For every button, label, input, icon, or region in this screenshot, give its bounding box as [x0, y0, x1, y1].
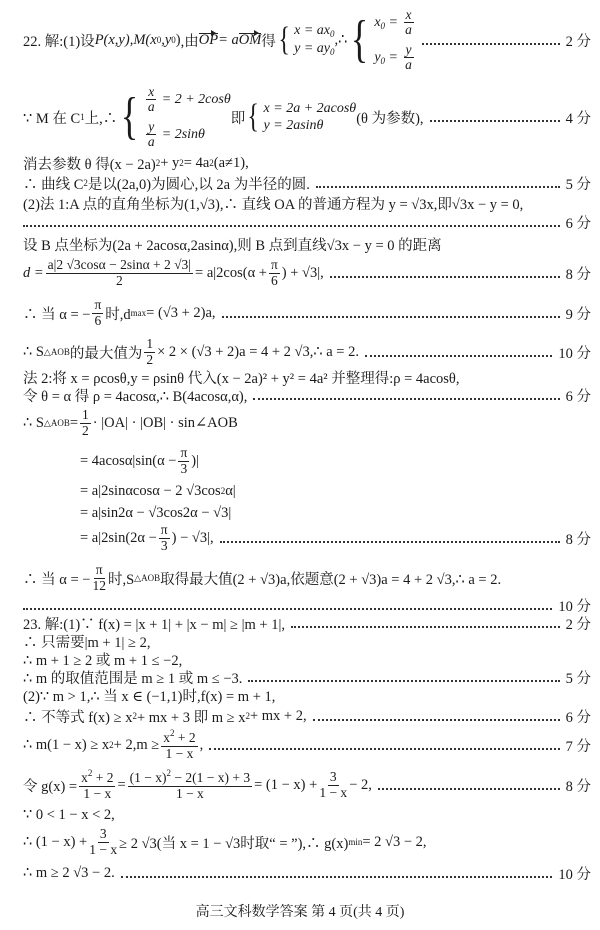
equation-system: {x = ax0y = ay0 [276, 22, 335, 59]
den: 2 [146, 353, 153, 367]
sub: min [348, 837, 362, 847]
q23-conclusion: ∴ m ≥ 2 √3 − 2. 10 分 [23, 863, 591, 883]
text: = [117, 777, 125, 794]
score: 4 分 [566, 107, 591, 128]
num: − 2(1 − x) + 3 [171, 770, 250, 785]
text: 的最大值为 [70, 342, 143, 363]
text: ) − √3|, [172, 530, 214, 547]
text: ∴ S [23, 344, 44, 361]
score: 10 分 [558, 342, 591, 363]
num: x [404, 8, 414, 23]
text: = a|2cos(α + [195, 265, 267, 282]
text: 令 θ = α 得 ρ = 4acosα,∴ B(4acosα,α), [23, 385, 247, 406]
num: + 2 [174, 730, 195, 745]
dotted-leader [248, 680, 559, 682]
den: 6 [94, 314, 101, 328]
text: = [385, 50, 401, 65]
num: π [269, 258, 280, 273]
text: = a [218, 32, 239, 49]
den: a [148, 100, 155, 114]
num: x [81, 770, 88, 785]
text: = 4a [184, 155, 210, 172]
text: 令 g(x) = [23, 775, 77, 796]
score: 5 分 [566, 173, 591, 194]
score: 8 分 [566, 528, 591, 549]
text: 得 [261, 30, 276, 51]
eq: y = 2asinθ [264, 117, 357, 135]
text: , [200, 737, 204, 754]
den: a [148, 135, 155, 149]
text: ∴ S [23, 415, 44, 432]
text: ) + √3|, [282, 265, 324, 282]
q22-score-line: 6 分 [23, 212, 591, 232]
score: 10 分 [558, 863, 591, 884]
num: 3 [98, 827, 109, 842]
score: 7 分 [566, 735, 591, 756]
text: = (1 − x) + [254, 777, 317, 794]
text: = [70, 415, 78, 432]
q23-g-definition: 令 g(x) = x2 + 21 − x = (1 − x)2 − 2(1 − … [23, 765, 591, 805]
q22-point-b: 设 B 点坐标为(2a + 2acosα,2asinα),则 B 点到直线√3x… [23, 234, 591, 254]
score: 6 分 [566, 385, 591, 406]
den: 6 [271, 274, 278, 288]
text: ∵ 0 < 1 − x < 2, [23, 807, 115, 824]
dotted-leader [422, 43, 560, 45]
text: · |OA| · |OB| · sin∠AOB [93, 415, 238, 432]
text: ∴ m(1 − x) ≥ x [23, 737, 109, 754]
text: 时,d [105, 303, 130, 324]
dotted-leader [222, 316, 560, 318]
den: 2 [116, 274, 123, 288]
text: = [385, 15, 401, 30]
q23-part2: (2)∵ m > 1,∴ 当 x ∈ (−1,1)时,f(x) = m + 1, [23, 685, 591, 705]
dotted-leader [313, 719, 560, 721]
var: P [95, 32, 104, 49]
q22-step2: = a|2sinαcosα − 2 √3cos2α| [80, 481, 591, 501]
vector-op: OP [199, 32, 218, 49]
var: (x,y) [104, 32, 130, 49]
q22-eliminate: 消去参数 θ 得(x − 2a)2 + y2 = 4a2(a≠1), [23, 153, 591, 173]
den: 1 − x [176, 787, 204, 801]
num: 3 [328, 770, 339, 785]
text: )| [191, 453, 199, 470]
text: 时,S [108, 568, 134, 589]
text: 是以(2a,0)为圆心,以 2a 为半径的圆. [88, 173, 310, 194]
den: 2 [82, 424, 89, 438]
dotted-leader [330, 276, 560, 278]
num: π [159, 523, 170, 538]
page-footer: 高三文科数学答案 第 4 页(共 4 页) [0, 901, 600, 921]
text: = a|2sinαcosα − 2 √3cos [80, 483, 221, 500]
den: 1 − x [83, 787, 111, 801]
eq: x = 2a + 2acosθ [264, 100, 357, 118]
text: ,∴ [335, 32, 348, 49]
sub: △AOB [44, 418, 70, 429]
text: 22. 解:(1)设 [23, 30, 95, 51]
var: ,y [161, 32, 171, 49]
text: ≥ 2 √3(当 x = 1 − √3时取“ = ”),∴ g(x) [119, 832, 348, 853]
dotted-leader [220, 541, 560, 543]
text: (a≠1), [214, 155, 249, 172]
text: (θ 为参数), [356, 107, 423, 128]
text: = 4acosα|sin(α − [80, 453, 176, 470]
var: M [133, 32, 145, 49]
den: 3 [181, 462, 188, 476]
q22-m-on-c1: ∵ M 在 C1 上,∴ { xa = 2 + 2cosθ ya = 2sinθ… [23, 82, 591, 152]
vector-om: OM [239, 32, 262, 49]
text: 设 B 点坐标为(2a + 2acosα,2asinα),则 B 点到直线√3x… [23, 234, 442, 255]
score: 8 分 [566, 775, 591, 796]
text: = (√3 + 2)a, [146, 305, 215, 322]
den: 1 − x [89, 843, 117, 857]
text: α| [225, 483, 236, 500]
text: (2)∵ m > 1,∴ 当 x ∈ (−1,1)时,f(x) = m + 1, [23, 685, 275, 706]
q22-distance: d = a|2 √3cosα − 2sinα + 2 √3|2 = a|2cos… [23, 254, 591, 292]
score: 8 分 [566, 263, 591, 284]
num: 1 [144, 337, 155, 352]
score: 2 分 [566, 30, 591, 51]
q23-inequality: ∴ 不等式 f(x) ≥ x2 + mx + 3 即 m ≥ x2 + mx +… [23, 705, 591, 727]
q22-rho: 令 θ = α 得 ρ = 4acosα,∴ B(4acosα,α), 6 分 [23, 385, 591, 405]
den: a [405, 58, 412, 72]
q22-part2-method1: (2)法 1:A 点的直角坐标为(1,√3),∴ 直线 OA 的普通方程为 y … [23, 193, 591, 213]
dotted-leader [378, 788, 560, 790]
sub: △AOB [134, 573, 160, 584]
eq: y = ay [294, 41, 330, 56]
score: 9 分 [566, 303, 591, 324]
q22-conclusion: ∴ 当 α = − π12 时,S△AOB取得最大值(2 + √3)a,依题意(… [23, 560, 591, 596]
num: y [146, 120, 156, 135]
equation-system: { x0 = xa y0 = ya [347, 5, 415, 76]
text: ∴ 当 α = − [23, 303, 90, 324]
q22-area-max: ∴ S△AOB的最大值为 12 × 2 × (√3 + 2)a = 4 + 2 … [23, 334, 591, 370]
score: 6 分 [566, 212, 591, 233]
q22-step4: = a|2sin(2α − π3 ) − √3|, 8 分 [80, 520, 591, 556]
q22-dmax: ∴ 当 α = − π6 时,dmax = (√3 + 2)a, 9 分 [23, 295, 591, 331]
text: 上,∴ [85, 107, 118, 128]
den: 12 [92, 579, 106, 593]
text: + y [160, 155, 179, 172]
text: − 2, [349, 777, 372, 794]
q22-step1: = 4acosα|sin(α − π3 )| [80, 443, 591, 479]
text: ∴ (1 − x) + [23, 834, 87, 851]
q23-rearrange: ∴ m(1 − x) ≥ x2 + 2,m ≥ x2 + 21 − x , 7 … [23, 726, 591, 764]
text: + mx + 2, [250, 708, 307, 725]
text: + mx + 3 即 m ≥ x [137, 706, 246, 727]
num: π [92, 298, 103, 313]
text: × 2 × (√3 + 2)a = 4 + 2 √3,∴ a = 2. [157, 344, 359, 361]
text: + 2,m ≥ [114, 737, 160, 754]
den: 1 − x [319, 786, 347, 800]
num: y [404, 43, 414, 58]
num: π [94, 563, 105, 578]
text: ∵ M 在 C [23, 107, 80, 128]
text: (2)法 1:A 点的直角坐标为(1,√3),∴ 直线 OA 的普通方程为 y … [23, 193, 523, 214]
eq: = 2sinθ [158, 127, 205, 142]
dotted-leader [23, 225, 560, 227]
equation-system: { xa = 2 + 2cosθ ya = 2sinθ [117, 82, 230, 153]
den: a [405, 23, 412, 37]
text: = a|sin2α − √3cos2α − √3| [80, 505, 231, 522]
sub: △AOB [44, 347, 70, 358]
num: x [146, 85, 156, 100]
text: ,由 [181, 30, 199, 51]
dotted-leader [316, 186, 560, 188]
text: ∴ 曲线 C [23, 173, 83, 194]
dotted-leader [430, 120, 560, 122]
text: = a|2sin(2α − [80, 530, 157, 547]
var: (x [145, 32, 156, 49]
q22-part1-setup: 22. 解:(1)设 P(x,y),M(x0,y0),由 OP = a OM得 … [23, 8, 591, 72]
dotted-leader [209, 748, 559, 750]
text: ∴ 不等式 f(x) ≥ x [23, 706, 132, 727]
num: + 2 [92, 770, 113, 785]
eq: = 2 + 2cosθ [158, 92, 230, 107]
text: 取得最大值(2 + √3)a,依题意(2 + √3)a = 4 + 2 √3,∴… [160, 568, 501, 589]
text: ∴ 当 α = − [23, 568, 90, 589]
dotted-leader [291, 626, 560, 628]
num: a|2 √3cosα − 2sinα + 2 √3| [46, 258, 193, 273]
dotted-leader [23, 608, 552, 610]
sub: 0 [330, 47, 335, 57]
den: 3 [161, 539, 168, 553]
dotted-leader [253, 398, 559, 400]
dotted-leader [121, 876, 553, 878]
q23-amgm: ∴ (1 − x) + 31 − x ≥ 2 √3(当 x = 1 − √3时取… [23, 822, 591, 862]
den: 1 − x [165, 747, 193, 761]
num: π [178, 446, 189, 461]
eq: x = ax [294, 23, 330, 38]
q22-area-formula: ∴ S△AOB = 12 · |OA| · |OB| · sin∠AOB [23, 405, 591, 441]
num: 1 [80, 408, 91, 423]
text: ∴ m ≥ 2 √3 − 2. [23, 865, 115, 882]
score: 6 分 [566, 706, 591, 727]
sub: max [131, 308, 147, 318]
text: 消去参数 θ 得(x − 2a) [23, 153, 156, 174]
num: (1 − x) [130, 770, 167, 785]
text: 即 [231, 107, 246, 128]
equation-system: {x = 2a + 2acosθy = 2asinθ [245, 100, 356, 135]
num: x [163, 730, 170, 745]
q22-curve-c2: ∴ 曲线 C2 是以(2a,0)为圆心,以 2a 为半径的圆. 5 分 [23, 173, 591, 193]
text: d = [23, 265, 44, 282]
dotted-leader [365, 355, 552, 357]
text: = 2 √3 − 2, [362, 834, 426, 851]
